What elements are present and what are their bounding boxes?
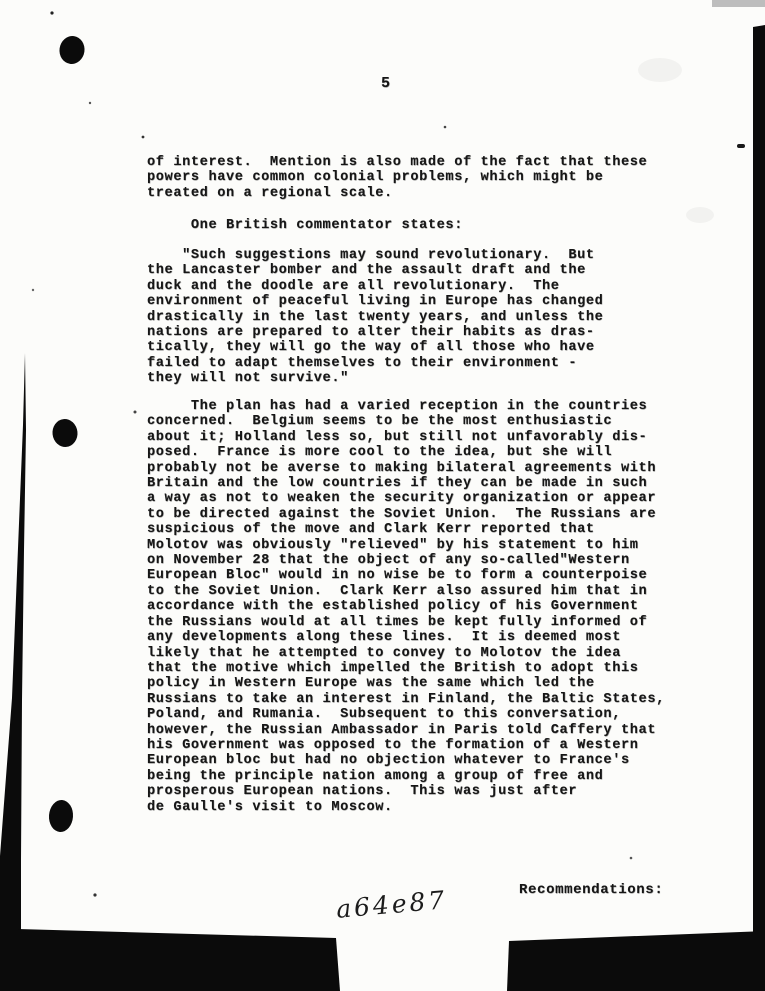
scan-speck [134,411,137,414]
scan-speck [142,136,145,139]
handwritten-annotation: a64e87 [335,885,448,924]
block-quote: "Such suggestions may sound revolutionar… [147,248,603,387]
hole-punch-icon [58,34,87,65]
scan-speck [630,857,633,860]
scan-speck [737,144,745,148]
scan-edge-right [753,25,765,940]
hole-punch-icon [48,799,74,833]
scan-speck [50,11,53,14]
scanned-document-page: 5 of interest. Mention is also made of t… [0,0,765,991]
page-number: 5 [381,76,391,91]
body-paragraph-2: The plan has had a varied reception in t… [147,399,665,815]
scan-speck [32,289,34,291]
scan-notch-top-right [712,0,765,7]
quote-intro-line: One British commentator states: [147,218,463,233]
hole-punch-icon [51,418,79,448]
recommendations-label: Recommendations: [519,883,663,898]
scan-speck [89,102,91,104]
scan-smudge [686,207,714,223]
scan-smudge [638,58,682,82]
scan-edge-left [0,353,26,991]
scan-speck [93,893,96,896]
body-paragraph-1: of interest. Mention is also made of the… [147,155,647,201]
scan-block-bottom-right [507,931,765,991]
scan-block-bottom-left [18,929,340,991]
scan-speck [444,126,447,129]
